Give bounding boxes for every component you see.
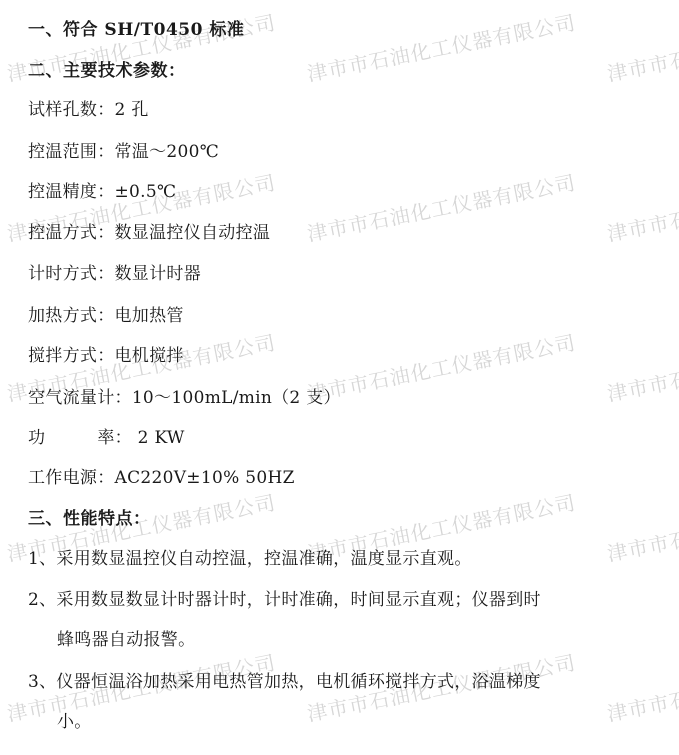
document-page: 津市市石油化工仪器有限公司 津市市石油化工仪器有限公司 津市市石油化工仪器有限公…	[0, 0, 679, 755]
document-content: 一、符合 SH/T0450 标准 二、主要技术参数： 试样孔数：2 孔 控温范围…	[0, 0, 679, 755]
param-sample-holes: 试样孔数：2 孔	[28, 99, 149, 121]
param-value: 2 KW	[132, 428, 185, 448]
feature-item-2-continued: 蜂鸣器自动报警。	[57, 629, 195, 651]
feature-item-3-continued: 小。	[57, 711, 92, 733]
param-heating-method: 加热方式：电加热管	[28, 305, 184, 327]
param-value: 电机搅拌	[115, 346, 184, 366]
param-label: 控温方式：	[28, 223, 115, 243]
param-label: 搅拌方式：	[28, 346, 115, 366]
feature-item-2: 2、采用数显数显计时器计时，计时准确，时间显示直观；仪器到时	[28, 589, 541, 611]
param-air-flowmeter: 空气流量计：10～100mL/min（2 支）	[28, 387, 341, 409]
param-label: 工作电源：	[28, 468, 115, 488]
param-power-supply: 工作电源：AC220V±10% 50HZ	[28, 467, 295, 489]
param-label: 功	[28, 428, 45, 448]
param-value: 2 孔	[115, 100, 149, 120]
param-value: 常温～200℃	[115, 142, 220, 162]
feature-item-1: 1、采用数显温控仪自动控温，控温准确，温度显示直观。	[28, 548, 472, 570]
param-label: 控温精度：	[28, 182, 115, 202]
param-value: 数显温控仪自动控温	[115, 223, 271, 243]
feature-item-3: 3、仪器恒温浴加热采用电热管加热，电机循环搅拌方式，浴温梯度	[28, 671, 541, 693]
param-label: 计时方式：	[28, 264, 115, 284]
heading-standard: 一、符合 SH/T0450 标准	[28, 19, 244, 41]
param-timing-method: 计时方式：数显计时器	[28, 263, 201, 285]
param-label: 试样孔数：	[28, 100, 115, 120]
param-temp-accuracy: 控温精度：±0.5℃	[28, 181, 176, 203]
param-value: ±0.5℃	[115, 182, 177, 202]
heading-features: 三、性能特点：	[28, 508, 151, 530]
param-value: AC220V±10% 50HZ	[115, 468, 295, 488]
param-value: 10～100mL/min（2 支）	[132, 388, 341, 408]
param-label: 空气流量计：	[28, 388, 132, 408]
param-label: 控温范围：	[28, 142, 115, 162]
param-power: 功率： 2 KW	[28, 427, 185, 449]
param-temp-control-method: 控温方式：数显温控仪自动控温	[28, 222, 270, 244]
param-temp-range: 控温范围：常温～200℃	[28, 141, 219, 163]
param-value: 数显计时器	[115, 264, 202, 284]
param-value: 电加热管	[115, 306, 184, 326]
param-label: 加热方式：	[28, 306, 115, 326]
heading-params: 二、主要技术参数：	[28, 60, 186, 82]
param-label: 率：	[97, 428, 132, 448]
param-stirring-method: 搅拌方式：电机搅拌	[28, 345, 184, 367]
